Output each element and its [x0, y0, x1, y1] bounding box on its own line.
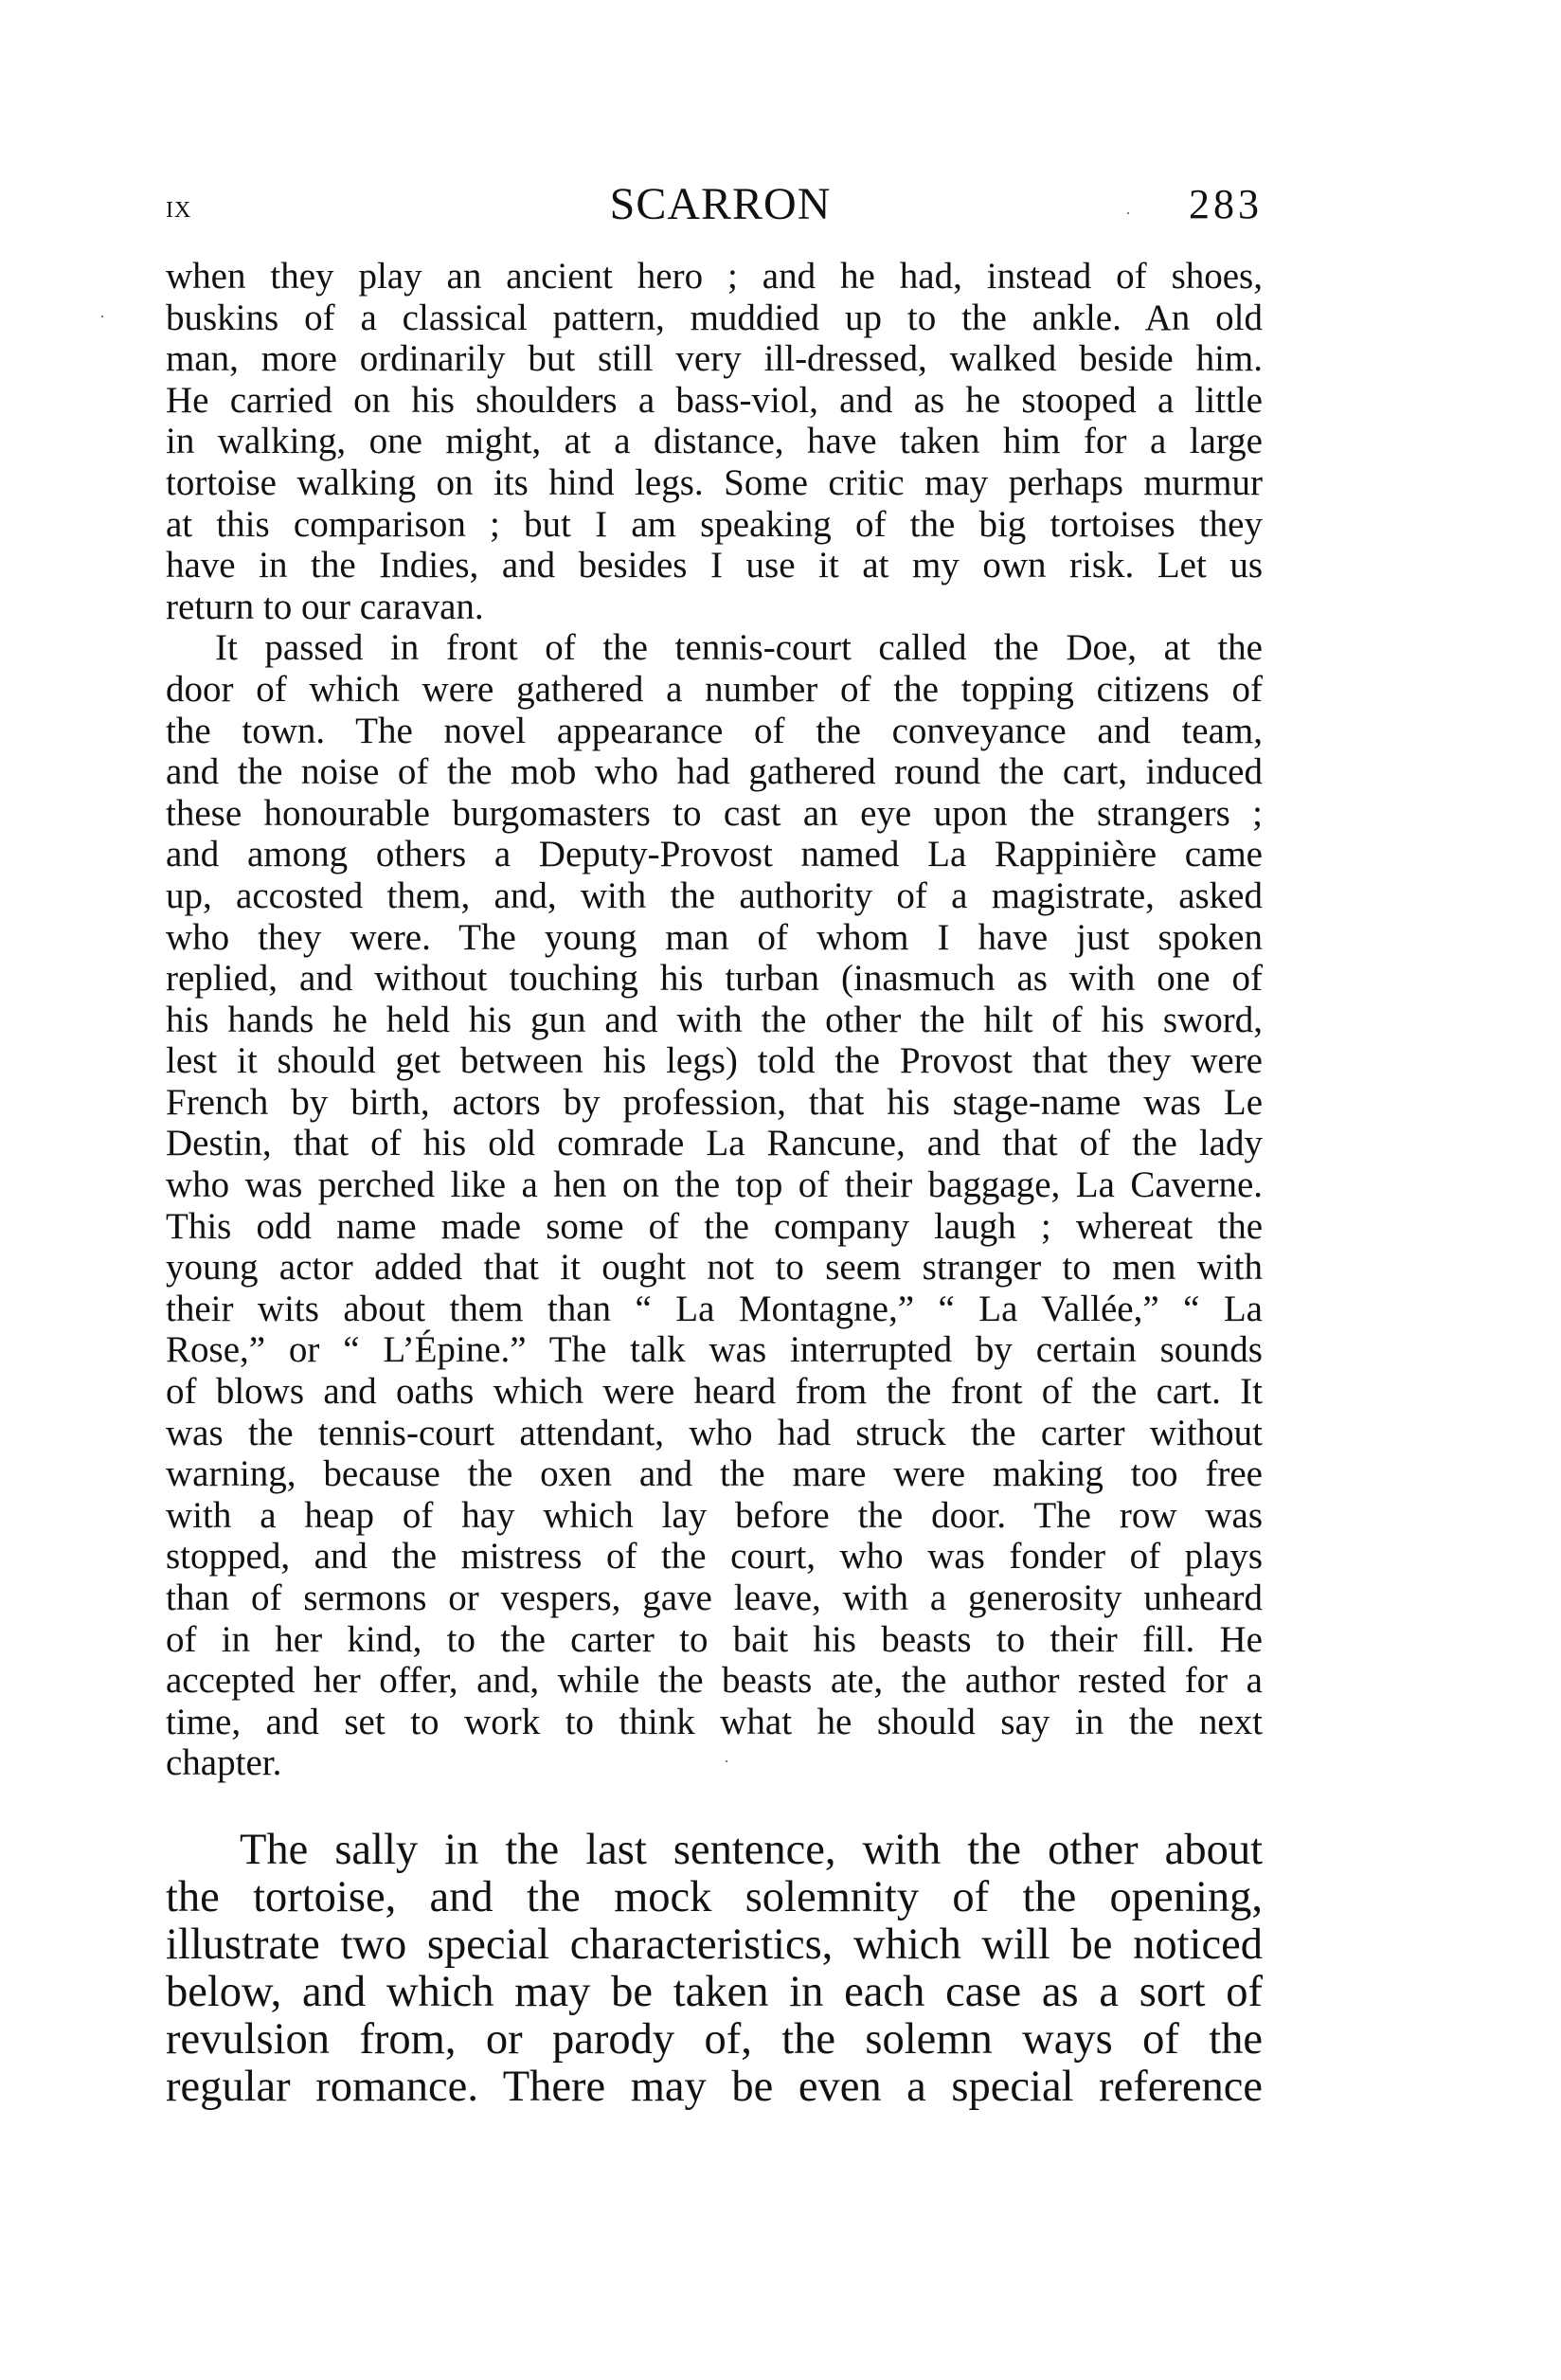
text-line: these honourable burgomasters to cast an… [166, 793, 1263, 835]
text-line: It passed in front of the tennis-court c… [166, 627, 1263, 669]
text-line: and the noise of the mob who had gathere… [166, 751, 1263, 793]
text-line: accepted her offer, and, while the beast… [166, 1660, 1263, 1702]
text-line: when they play an ancient hero ; and he … [166, 256, 1263, 297]
text-line: who was perched like a hen on the top of… [166, 1164, 1263, 1206]
text-line: illustrate two special characteristics, … [166, 1921, 1263, 1969]
text-line: tortoise walking on its hind legs. Some … [166, 462, 1263, 504]
text-line: at this comparison ; but I am speaking o… [166, 504, 1263, 546]
text-line: stopped, and the mistress of the court, … [166, 1536, 1263, 1578]
text-line: Rose,” or “ L’Épine.” The talk was inter… [166, 1329, 1263, 1371]
text-line: man, more ordinarily but still very ill-… [166, 338, 1263, 380]
text-line: the tortoise, and the mock solemnity of … [166, 1874, 1263, 1921]
text-line: the town. The novel appearance of the co… [166, 711, 1263, 752]
text-line: French by birth, actors by profession, t… [166, 1082, 1263, 1124]
text-line: regular romance. There may be even a spe… [166, 2064, 1263, 2111]
text-line: with a heap of hay which lay before the … [166, 1495, 1263, 1537]
scan-speck [1127, 212, 1129, 214]
text-line: replied, and without touching his turban… [166, 958, 1263, 1000]
running-head: IX SCARRON 283 [166, 178, 1263, 231]
text-line: of blows and oaths which were heard from… [166, 1371, 1263, 1413]
text-line: who they were. The young man of whom I h… [166, 917, 1263, 959]
text-line: in walking, one might, at a distance, ha… [166, 421, 1263, 462]
text-line: was the tennis-court attendant, who had … [166, 1413, 1263, 1454]
text-line: their wits about them than “ La Montagne… [166, 1289, 1263, 1330]
scan-speck [101, 316, 103, 317]
text-line: return to our caravan. [166, 586, 1263, 628]
book-page: IX SCARRON 283 when they play an ancient… [0, 0, 1561, 2380]
text-line: young actor added that it ought not to s… [166, 1247, 1263, 1289]
text-line: buskins of a classical pattern, muddied … [166, 297, 1263, 339]
scan-speck [726, 1760, 727, 1762]
text-line: lest it should get between his legs) tol… [166, 1040, 1263, 1082]
text-line: his hands he held his gun and with the o… [166, 1000, 1263, 1041]
text-line: have in the Indies, and besides I use it… [166, 545, 1263, 586]
chapter-number: IX [166, 189, 191, 225]
text-line: chapter. [166, 1742, 1263, 1784]
text-line: below, and which may be taken in each ca… [166, 1969, 1263, 2016]
text-line: and among others a Deputy-Provost named … [166, 834, 1263, 875]
text-line: revulsion from, or parody of, the solemn… [166, 2016, 1263, 2064]
text-line: Destin, that of his old comrade La Rancu… [166, 1123, 1263, 1164]
text-line: up, accosted them, and, with the authori… [166, 875, 1263, 917]
running-title: SCARRON [604, 178, 836, 230]
page-number: 283 [1189, 180, 1263, 228]
text-line: The sally in the last sentence, with the… [166, 1827, 1263, 1874]
text-line: than of sermons or vespers, gave leave, … [166, 1578, 1263, 1619]
text-line: This odd name made some of the company l… [166, 1206, 1263, 1248]
text-line: warning, because the oxen and the mare w… [166, 1453, 1263, 1495]
text-line: of in her kind, to the carter to bait hi… [166, 1619, 1263, 1661]
commentary-paragraph: The sally in the last sentence, with the… [166, 1827, 1263, 2111]
text-line: He carried on his shoulders a bass-viol,… [166, 380, 1263, 422]
text-line: door of which were gathered a number of … [166, 669, 1263, 711]
quoted-passage: when they play an ancient hero ; and he … [166, 256, 1263, 1784]
text-line: time, and set to work to think what he s… [166, 1702, 1263, 1743]
